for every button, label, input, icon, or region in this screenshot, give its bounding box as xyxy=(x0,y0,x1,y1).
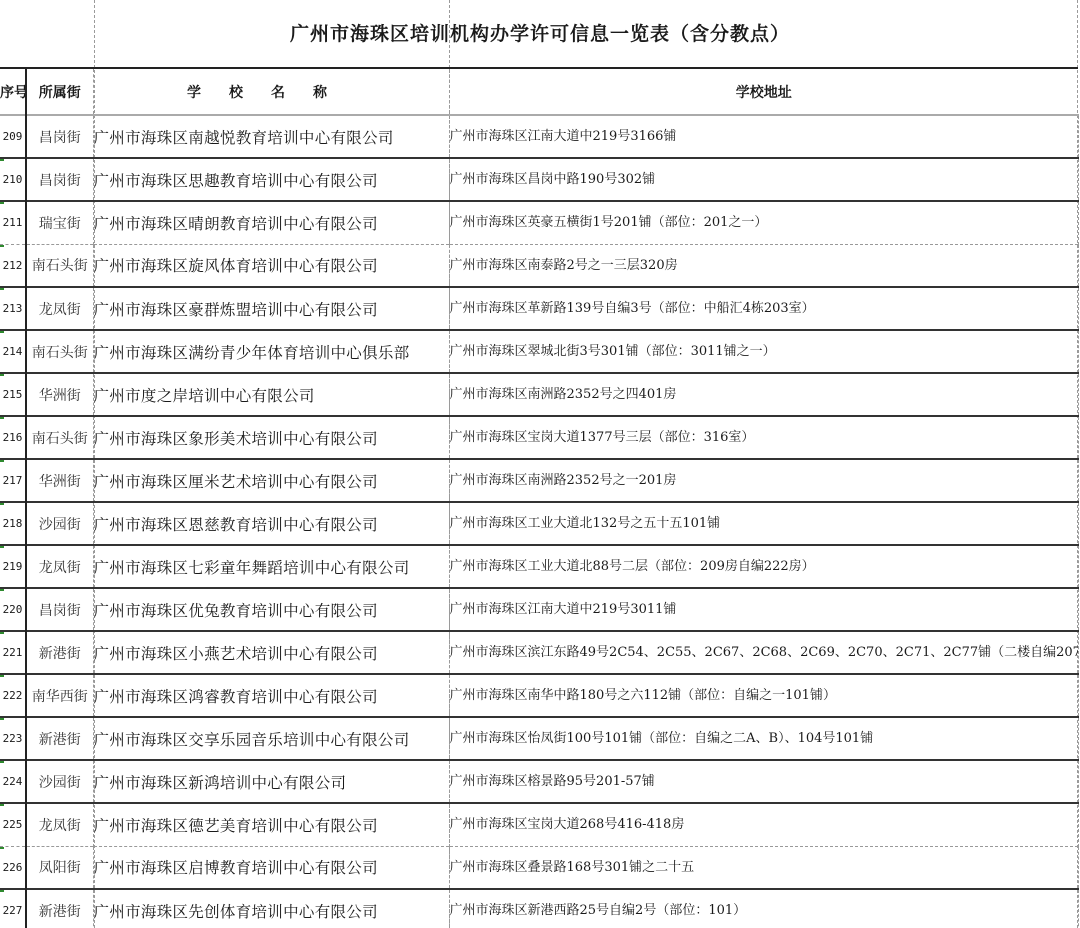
index-text: 215 xyxy=(3,388,23,401)
index-text: 209 xyxy=(3,130,23,143)
cell-street[interactable]: 新港街 xyxy=(26,631,93,674)
cell-school-address[interactable]: 广州市海珠区榕景路95号201-57铺 xyxy=(449,760,1078,803)
table-row: 221 新港街 广州市海珠区小燕艺术培训中心有限公司 广州市海珠区滨江东路49号… xyxy=(0,631,1078,674)
cell-street[interactable]: 南石头街 xyxy=(26,330,93,373)
cell-index[interactable]: 212 xyxy=(0,244,26,287)
sheet-title: 广州市海珠区培训机构办学许可信息一览表（含分教点） xyxy=(95,14,985,54)
header-street[interactable]: 所属街 xyxy=(26,68,93,115)
cell-street[interactable]: 华洲街 xyxy=(26,373,93,416)
index-text: 210 xyxy=(3,173,23,186)
index-text: 220 xyxy=(3,603,23,616)
cell-street[interactable]: 新港街 xyxy=(26,889,93,928)
cell-school-address[interactable]: 广州市海珠区滨江东路49号2C54、2C55、2C67、2C68、2C69、2C… xyxy=(449,631,1078,674)
cell-school-name[interactable]: 广州市海珠区思趣教育培训中心有限公司 xyxy=(93,158,449,201)
cell-index[interactable]: 215 xyxy=(0,373,26,416)
cell-street[interactable]: 南华西街 xyxy=(26,674,93,717)
cell-school-address[interactable]: 广州市海珠区宝岗大道1377号三层（部位：316室） xyxy=(449,416,1078,459)
cell-comment-marker-icon xyxy=(0,287,4,290)
index-text: 224 xyxy=(3,775,23,788)
cell-comment-marker-icon xyxy=(0,201,4,204)
cell-school-address[interactable]: 广州市海珠区南洲路2352号之一201房 xyxy=(449,459,1078,502)
cell-street[interactable]: 昌岗街 xyxy=(26,115,93,158)
index-text: 221 xyxy=(3,646,23,659)
cell-comment-marker-icon xyxy=(0,545,4,548)
index-text: 212 xyxy=(3,259,23,272)
cell-school-address[interactable]: 广州市海珠区昌岗中路190号302铺 xyxy=(449,158,1078,201)
table-row: 225 龙凤街 广州市海珠区德艺美育培训中心有限公司 广州市海珠区宝岗大道268… xyxy=(0,803,1078,846)
cell-school-name[interactable]: 广州市海珠区晴朗教育培训中心有限公司 xyxy=(93,201,449,244)
cell-street[interactable]: 沙园街 xyxy=(26,760,93,803)
table-row: 219 龙凤街 广州市海珠区七彩童年舞蹈培训中心有限公司 广州市海珠区工业大道北… xyxy=(0,545,1078,588)
cell-comment-marker-icon xyxy=(0,330,4,333)
cell-comment-marker-icon xyxy=(0,502,4,505)
cell-index[interactable]: 213 xyxy=(0,287,26,330)
cell-comment-marker-icon xyxy=(0,588,4,591)
cell-comment-marker-icon xyxy=(0,244,4,247)
header-row: 序号 所属街 学校名称 学校地址 xyxy=(0,68,1078,115)
cell-index[interactable]: 227 xyxy=(0,889,26,928)
index-text: 227 xyxy=(3,904,23,917)
cell-school-name[interactable]: 广州市海珠区旋风体育培训中心有限公司 xyxy=(93,244,449,287)
cell-school-name[interactable]: 广州市海珠区小燕艺术培训中心有限公司 xyxy=(93,631,449,674)
cell-index[interactable]: 222 xyxy=(0,674,26,717)
cell-comment-marker-icon xyxy=(0,373,4,376)
cell-comment-marker-icon xyxy=(0,803,4,806)
index-text: 225 xyxy=(3,818,23,831)
cell-comment-marker-icon xyxy=(0,158,4,161)
cell-index[interactable]: 220 xyxy=(0,588,26,631)
cell-school-address[interactable]: 广州市海珠区南洲路2352号之四401房 xyxy=(449,373,1078,416)
cell-school-address[interactable]: 广州市海珠区南华中路180号之六112铺（部位：自编之一101铺） xyxy=(449,674,1078,717)
spreadsheet-page: 广州市海珠区培训机构办学许可信息一览表（含分教点） 序号 所属街 学校名称 学校… xyxy=(0,0,1080,928)
cell-index[interactable]: 210 xyxy=(0,158,26,201)
cell-street[interactable]: 华洲街 xyxy=(26,459,93,502)
cell-street[interactable]: 南石头街 xyxy=(26,244,93,287)
cell-street[interactable]: 龙凤街 xyxy=(26,803,93,846)
cell-school-name[interactable]: 广州市海珠区优兔教育培训中心有限公司 xyxy=(93,588,449,631)
header-school-address[interactable]: 学校地址 xyxy=(449,68,1078,115)
cell-comment-marker-icon xyxy=(0,717,4,720)
cell-index[interactable]: 209 xyxy=(0,115,26,158)
table-row: 210 昌岗街 广州市海珠区思趣教育培训中心有限公司 广州市海珠区昌岗中路190… xyxy=(0,158,1078,201)
cell-street[interactable]: 瑞宝街 xyxy=(26,201,93,244)
table-row: 213 龙凤街 广州市海珠区豪群炼盟培训中心有限公司 广州市海珠区革新路139号… xyxy=(0,287,1078,330)
table-row: 214 南石头街 广州市海珠区满纷青少年体育培训中心俱乐部 广州市海珠区翠城北街… xyxy=(0,330,1078,373)
cell-school-name[interactable]: 广州市海珠区厘米艺术培训中心有限公司 xyxy=(93,459,449,502)
cell-school-address[interactable]: 广州市海珠区江南大道中219号3011铺 xyxy=(449,588,1078,631)
table-row: 226 凤阳街 广州市海珠区启博教育培训中心有限公司 广州市海珠区叠景路168号… xyxy=(0,846,1078,889)
cell-school-address[interactable]: 广州市海珠区南泰路2号之一三层320房 xyxy=(449,244,1078,287)
cell-school-name[interactable]: 广州市海珠区启博教育培训中心有限公司 xyxy=(93,846,449,889)
cell-comment-marker-icon xyxy=(0,760,4,763)
index-text: 223 xyxy=(3,732,23,745)
cell-index[interactable]: 221 xyxy=(0,631,26,674)
cell-school-address[interactable]: 广州市海珠区江南大道中219号3166铺 xyxy=(449,115,1078,158)
table-row: 215 华洲街 广州市度之岸培训中心有限公司 广州市海珠区南洲路2352号之四4… xyxy=(0,373,1078,416)
cell-comment-marker-icon xyxy=(0,846,4,849)
cell-comment-marker-icon xyxy=(0,416,4,419)
index-text: 217 xyxy=(3,474,23,487)
cell-street[interactable]: 南石头街 xyxy=(26,416,93,459)
cell-school-name[interactable]: 广州市海珠区先创体育培训中心有限公司 xyxy=(93,889,449,928)
table-row: 220 昌岗街 广州市海珠区优兔教育培训中心有限公司 广州市海珠区江南大道中21… xyxy=(0,588,1078,631)
cell-school-name[interactable]: 广州市海珠区交享乐园音乐培训中心有限公司 xyxy=(93,717,449,760)
cell-comment-marker-icon xyxy=(0,674,4,677)
cell-school-name[interactable]: 广州市海珠区南越悦教育培训中心有限公司 xyxy=(93,115,449,158)
table-row: 218 沙园街 广州市海珠区恩慈教育培训中心有限公司 广州市海珠区工业大道北13… xyxy=(0,502,1078,545)
cell-school-name[interactable]: 广州市度之岸培训中心有限公司 xyxy=(93,373,449,416)
cell-comment-marker-icon xyxy=(0,631,4,634)
cell-school-name[interactable]: 广州市海珠区豪群炼盟培训中心有限公司 xyxy=(93,287,449,330)
cell-street[interactable]: 凤阳街 xyxy=(26,846,93,889)
cell-comment-marker-icon xyxy=(0,459,4,462)
index-text: 211 xyxy=(3,216,23,229)
cell-school-name[interactable]: 广州市海珠区七彩童年舞蹈培训中心有限公司 xyxy=(93,545,449,588)
cell-index[interactable]: 214 xyxy=(0,330,26,373)
cell-school-name[interactable]: 广州市海珠区满纷青少年体育培训中心俱乐部 xyxy=(93,330,449,373)
index-text: 222 xyxy=(3,689,23,702)
table-row: 223 新港街 广州市海珠区交享乐园音乐培训中心有限公司 广州市海珠区怡凤街10… xyxy=(0,717,1078,760)
cell-index[interactable]: 211 xyxy=(0,201,26,244)
index-text: 226 xyxy=(3,861,23,874)
cell-school-address[interactable]: 广州市海珠区宝岗大道268号416-418房 xyxy=(449,803,1078,846)
license-table: 序号 所属街 学校名称 学校地址 209 昌岗街 广州市海珠区南越悦教育培训中心… xyxy=(0,67,1079,928)
cell-street[interactable]: 龙凤街 xyxy=(26,287,93,330)
cell-school-address[interactable]: 广州市海珠区怡凤街100号101铺（部位：自编之二A、B）、104号101铺 xyxy=(449,717,1078,760)
cell-index[interactable]: 217 xyxy=(0,459,26,502)
cell-school-name[interactable]: 广州市海珠区象形美术培训中心有限公司 xyxy=(93,416,449,459)
cell-index[interactable]: 226 xyxy=(0,846,26,889)
cell-school-address[interactable]: 广州市海珠区工业大道北132号之五十五101铺 xyxy=(449,502,1078,545)
table-row: 222 南华西街 广州市海珠区鸿睿教育培训中心有限公司 广州市海珠区南华中路18… xyxy=(0,674,1078,717)
cell-school-name[interactable]: 广州市海珠区恩慈教育培训中心有限公司 xyxy=(93,502,449,545)
cell-index[interactable]: 218 xyxy=(0,502,26,545)
header-school-name[interactable]: 学校名称 xyxy=(93,68,449,115)
cell-street[interactable]: 新港街 xyxy=(26,717,93,760)
index-text: 214 xyxy=(3,345,23,358)
cell-index[interactable]: 224 xyxy=(0,760,26,803)
index-text: 216 xyxy=(3,431,23,444)
header-index[interactable]: 序号 xyxy=(0,68,26,115)
table-row: 211 瑞宝街 广州市海珠区晴朗教育培训中心有限公司 广州市海珠区英豪五横街1号… xyxy=(0,201,1078,244)
cell-street[interactable]: 龙凤街 xyxy=(26,545,93,588)
cell-school-address[interactable]: 广州市海珠区叠景路168号301铺之二十五 xyxy=(449,846,1078,889)
table-row: 217 华洲街 广州市海珠区厘米艺术培训中心有限公司 广州市海珠区南洲路2352… xyxy=(0,459,1078,502)
index-text: 213 xyxy=(3,302,23,315)
table-row: 224 沙园街 广州市海珠区新鸿培训中心有限公司 广州市海珠区榕景路95号201… xyxy=(0,760,1078,803)
cell-school-address[interactable]: 广州市海珠区工业大道北88号二层（部位：209房自编222房） xyxy=(449,545,1078,588)
cell-school-address[interactable]: 广州市海珠区翠城北街3号301铺（部位：3011铺之一） xyxy=(449,330,1078,373)
cell-school-name[interactable]: 广州市海珠区德艺美育培训中心有限公司 xyxy=(93,803,449,846)
cell-index[interactable]: 219 xyxy=(0,545,26,588)
cell-school-name[interactable]: 广州市海珠区新鸿培训中心有限公司 xyxy=(93,760,449,803)
cell-school-address[interactable]: 广州市海珠区革新路139号自编3号（部位：中船汇4栋203室） xyxy=(449,287,1078,330)
cell-street[interactable]: 沙园街 xyxy=(26,502,93,545)
index-text: 218 xyxy=(3,517,23,530)
cell-school-address[interactable]: 广州市海珠区英豪五横街1号201铺（部位：201之一） xyxy=(449,201,1078,244)
cell-index[interactable]: 216 xyxy=(0,416,26,459)
cell-street[interactable]: 昌岗街 xyxy=(26,588,93,631)
table-row: 216 南石头街 广州市海珠区象形美术培训中心有限公司 广州市海珠区宝岗大道13… xyxy=(0,416,1078,459)
table-row: 212 南石头街 广州市海珠区旋风体育培训中心有限公司 广州市海珠区南泰路2号之… xyxy=(0,244,1078,287)
cell-street[interactable]: 昌岗街 xyxy=(26,158,93,201)
cell-school-name[interactable]: 广州市海珠区鸿睿教育培训中心有限公司 xyxy=(93,674,449,717)
table-row: 227 新港街 广州市海珠区先创体育培训中心有限公司 广州市海珠区新港西路25号… xyxy=(0,889,1078,928)
cell-comment-marker-icon xyxy=(0,889,4,892)
index-text: 219 xyxy=(3,560,23,573)
table-row: 209 昌岗街 广州市海珠区南越悦教育培训中心有限公司 广州市海珠区江南大道中2… xyxy=(0,115,1078,158)
cell-index[interactable]: 225 xyxy=(0,803,26,846)
cell-index[interactable]: 223 xyxy=(0,717,26,760)
cell-school-address[interactable]: 广州市海珠区新港西路25号自编2号（部位：101） xyxy=(449,889,1078,928)
